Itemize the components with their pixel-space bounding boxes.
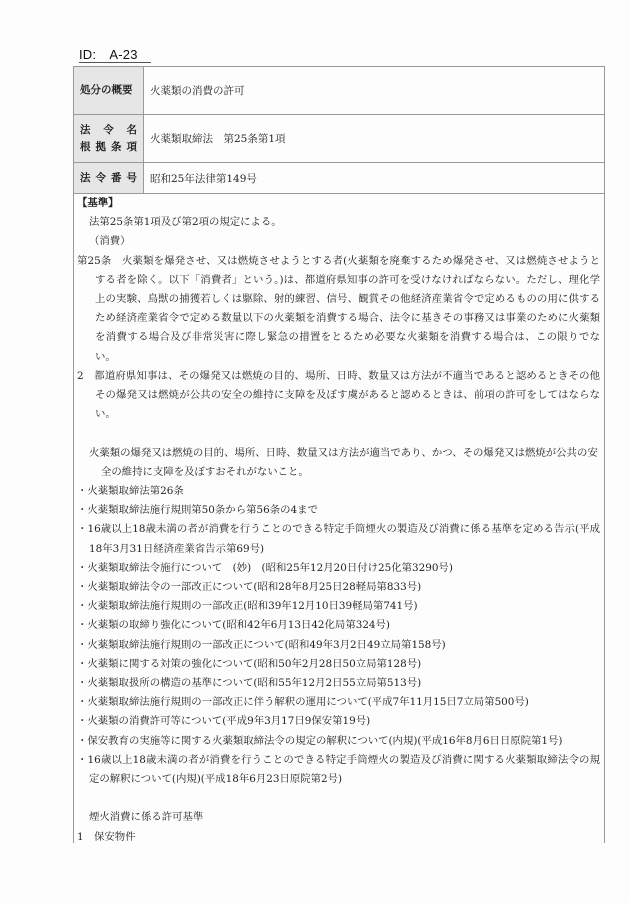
reference-item: ・火薬類取締法施行規則第50条から第56条の4まで xyxy=(77,501,600,520)
law-name-row: 法 令 名 根 拠 条 項 火薬類取締法 第25条第1項 xyxy=(74,115,605,163)
item-1-safety-objects: 1 保安物件 xyxy=(77,828,600,847)
spacer xyxy=(77,789,600,808)
law-number-label-chars: 法 令 番 号 xyxy=(80,170,137,187)
reference-item: ・火薬類取締法施行規則の一部改正に伴う解釈の運用について(平成7年11月15日7… xyxy=(77,693,600,712)
label-char: 条 xyxy=(111,139,122,156)
reference-list: ・火薬類取締法第26条 ・火薬類取締法施行規則第50条から第56条の4まで ・1… xyxy=(77,482,600,789)
label-char: 拠 xyxy=(96,139,107,156)
label-char: 号 xyxy=(127,170,138,187)
reference-item: ・火薬類の取締り強化について(昭和42年6月13日42化局第324号) xyxy=(77,616,600,635)
label-char: 令 xyxy=(103,122,114,139)
summary-row: 処分の概要 火薬類の消費の許可 xyxy=(74,67,605,115)
reference-item: ・保安教育の実施等に関する火薬類取締法令の規定の解釈について(内規)(平成16年… xyxy=(77,732,600,751)
spacer xyxy=(77,424,600,443)
label-char: 名 xyxy=(127,122,138,139)
reference-item: ・火薬類取締法施行規則の一部改正(昭和39年12月10日39軽局第741号) xyxy=(77,597,600,616)
label-char: 令 xyxy=(96,170,107,187)
reference-item: ・火薬類取締法第26条 xyxy=(77,482,600,501)
document-id: ID: A-23 xyxy=(79,47,151,63)
reference-item: ・火薬類の消費許可等について(平成9年3月17日9保安第19号) xyxy=(77,712,600,731)
criteria-heading: 【基準】 xyxy=(77,194,600,213)
label-char: 根 xyxy=(80,139,91,156)
label-char: 項 xyxy=(127,139,138,156)
reference-item: ・16歳以上18歳未満の者が消費を行うことのできる特定手筒煙火の製造及び消費に関… xyxy=(77,751,600,789)
reference-item: ・16歳以上18歳未満の者が消費を行うことのできる特定手筒煙火の製造及び消費に係… xyxy=(77,520,600,558)
law-number-row: 法 令 番 号 昭和25年法律第149号 xyxy=(74,163,605,194)
law-name-label-line2: 根 拠 条 項 xyxy=(80,139,137,156)
law-name-label-line1: 法 令 名 xyxy=(80,122,137,139)
criteria-section: 【基準】 法第25条第1項及び第2項の規定による。 （消費） 第25条 火薬類を… xyxy=(73,193,605,843)
disposition-meta-table: 処分の概要 火薬類の消費の許可 法 令 名 根 拠 条 項 火薬類取締法 第25… xyxy=(73,66,605,194)
criteria-content: 【基準】 法第25条第1項及び第2項の規定による。 （消費） 第25条 火薬類を… xyxy=(74,193,604,847)
article-caption: （消費） xyxy=(77,232,600,251)
article-25-text: 第25条 火薬類を爆発させ、又は燃焼させようとする者(火薬類を廃棄するため爆発さ… xyxy=(77,252,600,367)
law-number-label: 法 令 番 号 xyxy=(74,163,144,194)
reference-item: ・火薬類取締法令施行について (妙) (昭和25年12月20日付け25化第329… xyxy=(77,559,600,578)
article-25-paragraph-2: 2 都道府県知事は、その爆発又は燃焼の目的、場所、日時、数量又は方法が不適当であ… xyxy=(77,367,600,425)
reference-item: ・火薬類取扱所の構造の基準について(昭和55年12月2日55立局第513号) xyxy=(77,674,600,693)
criteria-standard: 火薬類の爆発又は燃焼の目的、場所、日時、数量又は方法が適当であり、かつ、その爆発… xyxy=(77,444,600,482)
law-name-label: 法 令 名 根 拠 条 項 xyxy=(74,115,144,163)
label-char: 番 xyxy=(111,170,122,187)
reference-item: ・火薬類に関する対策の強化について(昭和50年2月28日50立局第128号) xyxy=(77,655,600,674)
law-name-value: 火薬類取締法 第25条第1項 xyxy=(144,115,605,163)
summary-label: 処分の概要 xyxy=(74,67,144,115)
reference-item: ・火薬類取締法施行規則の一部改正について(昭和49年3月2日49立局第158号) xyxy=(77,636,600,655)
fireworks-criteria-heading: 煙火消費に係る許可基準 xyxy=(77,808,600,827)
summary-value: 火薬類の消費の許可 xyxy=(144,67,605,115)
criteria-intro: 法第25条第1項及び第2項の規定による。 xyxy=(77,213,600,232)
label-char: 法 xyxy=(80,170,91,187)
law-number-value: 昭和25年法律第149号 xyxy=(144,163,605,194)
reference-item: ・火薬類取締法令の一部改正について(昭和28年8月25日28軽局第833号) xyxy=(77,578,600,597)
label-char: 法 xyxy=(80,122,91,139)
